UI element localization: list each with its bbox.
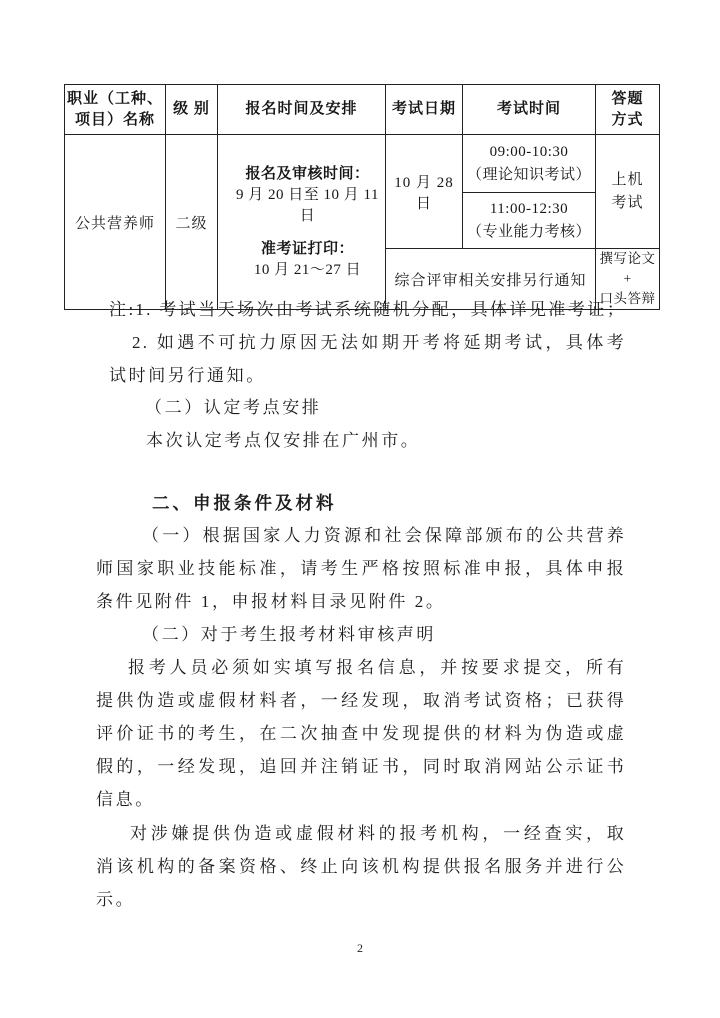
cell-session-2: 11:00-12:30 （专业能力考核） — [463, 193, 596, 249]
note-line: 注:1. 考试当天场次由考试系统随机分配，具体详见准考证； — [109, 299, 626, 321]
registration-dates-1: 9 月 20 日至 10 月 11 日 — [230, 185, 385, 227]
header-registration: 报名时间及安排 — [218, 85, 386, 135]
paragraph-line: 对涉嫌提供伪造或虚假材料的报考机构，一经查实，取 — [130, 823, 626, 845]
paragraph-line: 评价证书的考生，在二次抽查中发现提供的材料为伪造或虚 — [96, 723, 626, 745]
body-line: 本次认定考点仅安排在广州市。 — [146, 430, 420, 452]
spacer — [230, 227, 385, 239]
subsection-title: （二）认定考点安排 — [145, 397, 321, 419]
paragraph-line: 假的，一经发现，追回并注销证书，同时取消网站公示证书 — [96, 756, 626, 778]
paragraph-line: 提供伪造或虚假材料者，一经发现，取消考试资格；已获得 — [96, 690, 626, 712]
subsection-title: （二）对于考生报考材料审核声明 — [142, 624, 436, 646]
exam-schedule-table: 职业（工种、 项目）名称 级 别 报名时间及安排 考试日期 考试时间 答题 方式… — [64, 84, 660, 310]
paragraph-line: 示。 — [96, 889, 135, 911]
cell-registration: 报名及审核时间： 9 月 20 日至 10 月 11 日 准考证打印： 10 月… — [218, 135, 386, 310]
page-number: 2 — [0, 941, 720, 956]
header-level: 级 别 — [166, 85, 218, 135]
cell-level: 二级 — [166, 135, 218, 310]
registration-label-2: 准考证打印： — [230, 239, 385, 260]
cell-occupation: 公共营养师 — [65, 135, 166, 310]
paragraph-line: 信息。 — [96, 789, 155, 811]
header-exam-time: 考试时间 — [463, 85, 596, 135]
paragraph-line: 条件见附件 1，申报材料目录见附件 2。 — [96, 591, 446, 613]
table-row: 公共营养师 二级 报名及审核时间： 9 月 20 日至 10 月 11 日 准考… — [65, 135, 660, 193]
cell-exam-date: 10 月 28 日 — [386, 135, 463, 249]
registration-dates-2: 10 月 21～27 日 — [230, 260, 385, 281]
section-heading: 二、申报条件及材料 — [152, 492, 337, 514]
document-page: 职业（工种、 项目）名称 级 别 报名时间及安排 考试日期 考试时间 答题 方式… — [0, 0, 720, 1018]
note-line: 试时间另行通知。 — [109, 365, 266, 387]
registration-label-1: 报名及审核时间： — [230, 164, 385, 185]
cell-session-1: 09:00-10:30 （理论知识考试） — [463, 135, 596, 193]
paragraph-line: （一）根据国家人力资源和社会保障部颁布的公共营养 — [142, 525, 626, 547]
header-answer-mode: 答题 方式 — [596, 85, 660, 135]
cell-answer-mode: 上机 考试 — [596, 135, 660, 249]
paragraph-line: 报考人员必须如实填写报名信息，并按要求提交，所有 — [128, 657, 626, 679]
table-header-row: 职业（工种、 项目）名称 级 别 报名时间及安排 考试日期 考试时间 答题 方式 — [65, 85, 660, 135]
paragraph-line: 消该机构的备案资格、终止向该机构提供报名服务并进行公 — [96, 856, 626, 878]
header-exam-date: 考试日期 — [386, 85, 463, 135]
note-line: 2. 如遇不可抗力原因无法如期开考将延期考试，具体考 — [132, 332, 626, 354]
paragraph-line: 师国家职业技能标准，请考生严格按照标准申报，具体申报 — [96, 558, 626, 580]
header-occupation: 职业（工种、 项目）名称 — [65, 85, 166, 135]
